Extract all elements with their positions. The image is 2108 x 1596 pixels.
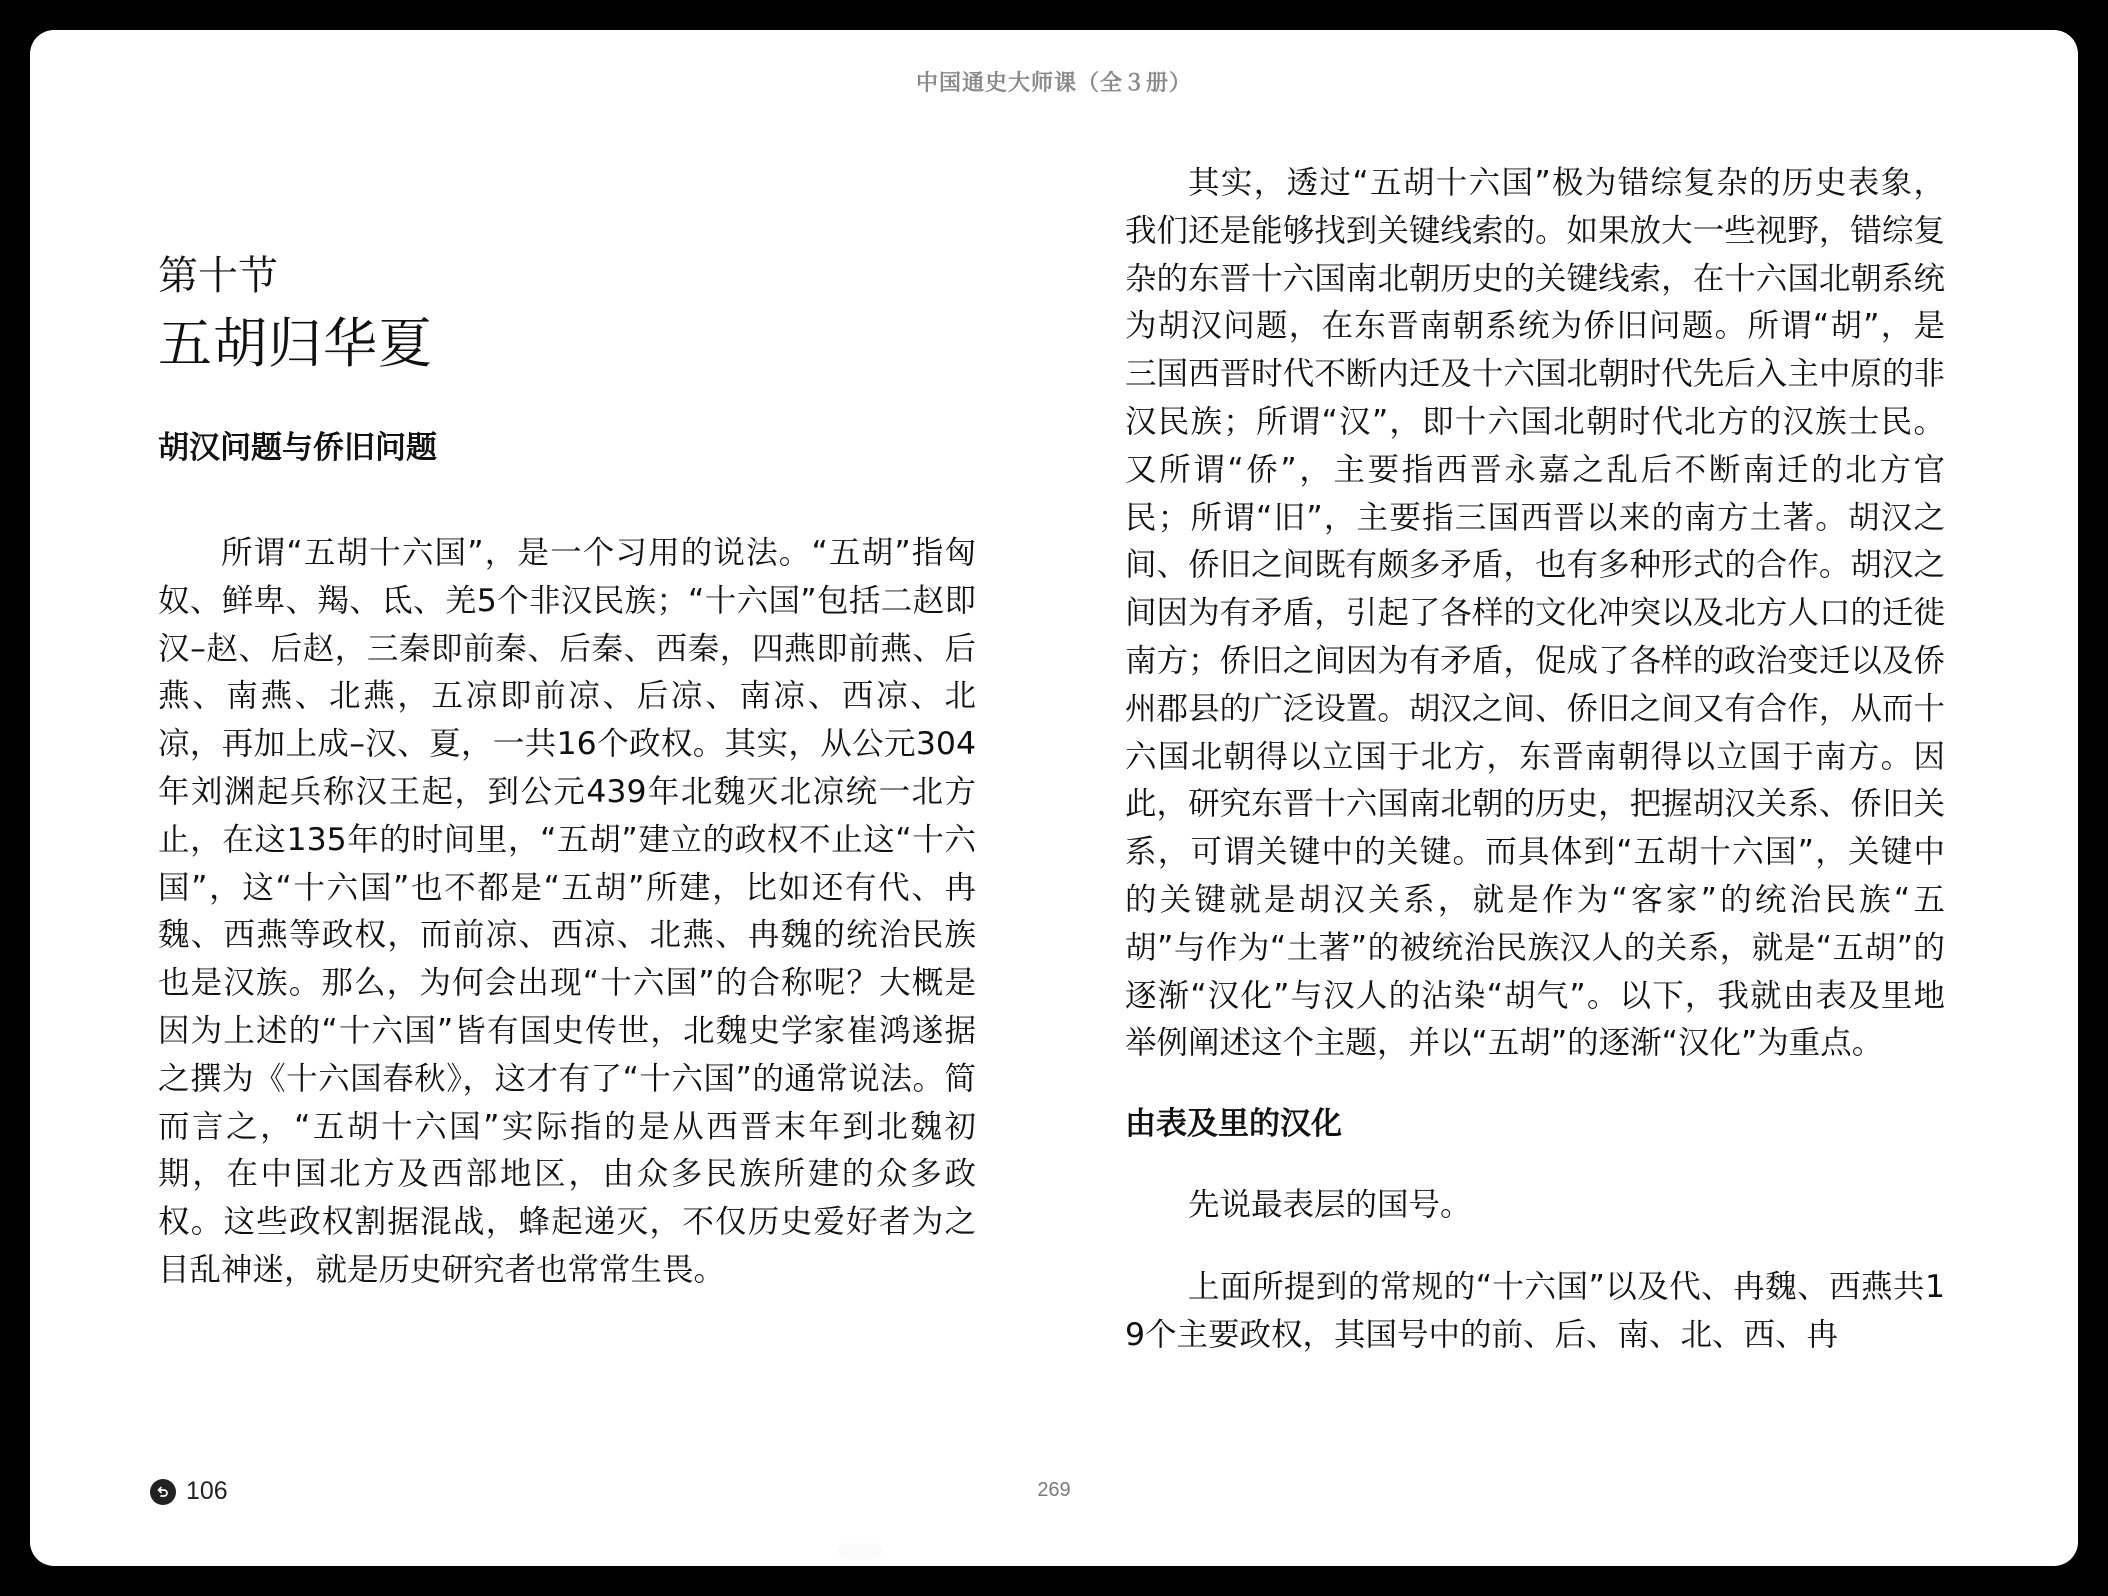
section-heading: 胡汉问题与侨旧问题: [158, 424, 437, 472]
section-heading: 由表及里的汉化: [1125, 1100, 1945, 1148]
home-indicator: [838, 1543, 882, 1559]
body-paragraph: 上面所提到的常规的“十六国”以及代、冉魏、西燕共19个主要政权，其国号中的前、后…: [1125, 1264, 1945, 1360]
left-page: 第十节 五胡归华夏 胡汉问题与侨旧问题 所谓“五胡十六国”，是一个习用的说法。“…: [158, 30, 976, 1566]
chapter-label: 第十节: [158, 252, 278, 300]
page-number: 269: [30, 1479, 2078, 1502]
body-paragraph: 先说最表层的国号。: [1125, 1182, 1945, 1230]
body-paragraph: 其实，透过“五胡十六国”极为错综复杂的历史表象，我们还是能够找到关键线索的。如果…: [1125, 160, 1945, 1068]
chapter-title: 五胡归华夏: [158, 312, 433, 376]
right-page: 其实，透过“五胡十六国”极为错综复杂的历史表象，我们还是能够找到关键线索的。如果…: [1125, 30, 1945, 1566]
body-paragraph: 所谓“五胡十六国”，是一个习用的说法。“五胡”指匈奴、鲜卑、羯、氐、羌5个非汉民…: [158, 530, 976, 1295]
reader-window: 中国通史大师课（全３册） 第十节 五胡归华夏 胡汉问题与侨旧问题 所谓“五胡十六…: [30, 30, 2078, 1566]
left-page-body: 所谓“五胡十六国”，是一个习用的说法。“五胡”指匈奴、鲜卑、羯、氐、羌5个非汉民…: [158, 530, 976, 1295]
right-page-body: 其实，透过“五胡十六国”极为错综复杂的历史表象，我们还是能够找到关键线索的。如果…: [1125, 160, 1945, 1360]
